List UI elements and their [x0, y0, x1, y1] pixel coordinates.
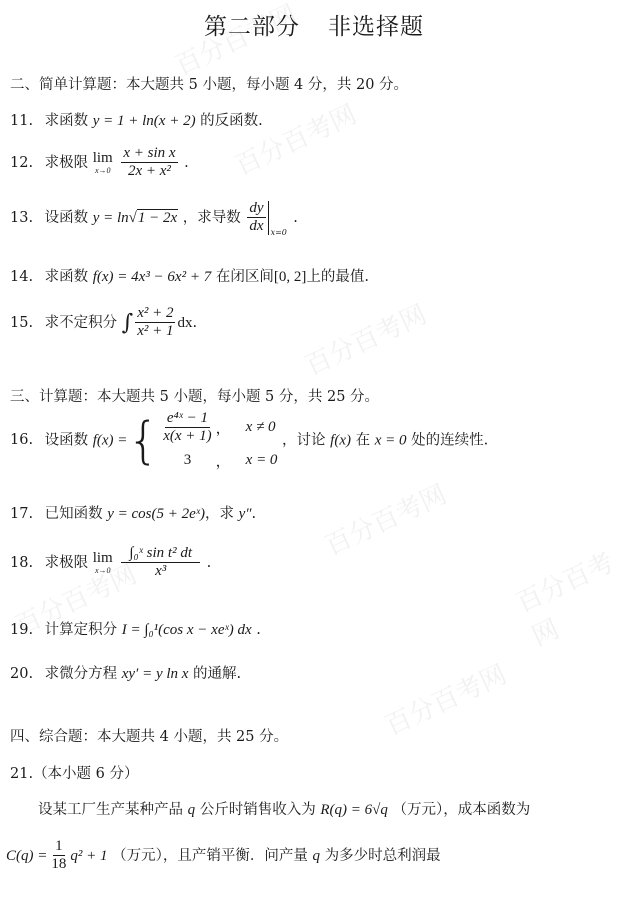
question-text: 设函数 — [45, 432, 89, 448]
question-text: 为多少时总利润最 — [325, 848, 441, 864]
question-15: 15. 求不定积分 ∫ x² + 2 x² + 1 dx. — [10, 305, 197, 341]
question-number: 19. — [10, 622, 40, 638]
question-number: 14. — [10, 269, 40, 285]
title-part: 第二部分 — [204, 14, 300, 40]
question-text: 在 — [356, 432, 371, 448]
question-text: . — [192, 315, 197, 331]
fraction: x² + 2 x² + 1 — [135, 305, 175, 341]
section-header-4: 四、综合题：本大题共 4 小题，共 25 分。 — [10, 725, 288, 746]
denominator: 18 — [49, 856, 68, 873]
question-text: . — [293, 210, 298, 226]
question-number: 13. — [10, 210, 40, 226]
math-expression: f(x) — [330, 432, 351, 448]
math-expression: y = 1 + ln(x + 2) — [93, 113, 196, 129]
integral-sign: ∫ — [122, 310, 133, 335]
question-text: 公斤时销售收入为 — [200, 802, 316, 818]
separator: ， — [216, 417, 246, 438]
question-text: 设函数 — [45, 210, 89, 226]
math-expression: q — [312, 848, 320, 864]
fraction: dy dx — [247, 200, 265, 236]
question-text: 已知函数 — [45, 506, 103, 522]
question-text: 求微分方程 — [45, 666, 118, 682]
math-expression: q² + 1 — [70, 848, 107, 864]
math-expression: y″ — [239, 506, 252, 522]
condition: x = 0 — [246, 452, 278, 469]
numerator: e⁴ˣ − 1 — [165, 410, 210, 428]
case-value: 3 — [159, 452, 215, 469]
question-number: 17. — [10, 506, 40, 522]
piecewise-cases: e⁴ˣ − 1 x(x + 1) ， x ≠ 0 3 ， x = 0 — [159, 410, 277, 471]
math-expression: q — [188, 802, 196, 818]
fraction: ∫₀ˣ sin t² dt x³ — [121, 545, 200, 581]
question-text: ，求 — [205, 506, 234, 522]
question-text: 计算定积分 — [45, 622, 118, 638]
question-12: 12. 求极限 lim x→0 x + sin x 2x + x² . — [10, 145, 189, 181]
differential: dx — [177, 315, 192, 331]
separator: ， — [216, 450, 246, 471]
question-number: 11. — [10, 113, 40, 129]
limit-operator: lim x→0 — [93, 150, 113, 175]
question-17: 17. 已知函数 y = cos(5 + 2eˣ)，求 y″. — [10, 502, 256, 523]
question-number: 16. — [10, 432, 40, 448]
math-expression: f(x) = 4x³ − 6x² + 7 — [93, 269, 212, 285]
sqrt-sign: √ — [129, 210, 137, 226]
question-text: 求函数 — [45, 269, 89, 285]
question-number: 20. — [10, 666, 40, 682]
question-text: 求函数 — [45, 113, 89, 129]
watermark: 百分百考网 — [509, 541, 628, 654]
question-13: 13. 设函数 y = ln√1 − 2x ，求导数 dy dx x=0 . — [10, 200, 298, 236]
left-brace: { — [127, 411, 159, 469]
watermark: 百分百考网 — [228, 94, 361, 182]
section-header-3: 三、计算题：本大题共 5 小题，每小题 5 分，共 25 分。 — [10, 385, 379, 406]
math-expression: xy′ = y ln x — [122, 666, 189, 682]
question-11: 11. 求函数 y = 1 + ln(x + 2) 的反函数. — [10, 109, 263, 130]
math-expression: f(x) = — [93, 432, 128, 448]
numerator: ∫₀ˣ sin t² dt — [121, 545, 200, 563]
question-text: 的反函数. — [200, 113, 263, 129]
question-text: ，讨论 — [282, 432, 326, 448]
question-text: . — [256, 622, 261, 638]
interval: [0, 2] — [274, 269, 307, 285]
question-16: 16. 设函数 f(x) ={ e⁴ˣ − 1 x(x + 1) ， x ≠ 0… — [10, 410, 488, 471]
question-text: 求极限 — [45, 155, 89, 171]
question-text: 求极限 — [45, 555, 89, 571]
question-19: 19. 计算定积分 I = ∫₀¹(cos x − xeˣ) dx . — [10, 618, 261, 639]
math-expression: y = ln — [93, 210, 129, 226]
numerator: x² + 2 — [135, 305, 175, 323]
watermark: 百分百考网 — [298, 294, 431, 382]
watermark: 百分百考网 — [378, 654, 511, 742]
evaluation-bar: x=0 — [268, 201, 289, 235]
radicand: 1 − 2x — [137, 209, 178, 226]
fraction: 1 18 — [49, 838, 68, 874]
denominator: x² + 1 — [135, 323, 175, 340]
section-header-2: 二、简单计算题：本大题共 5 小题，每小题 4 分，共 20 分。 — [10, 73, 408, 94]
question-20: 20. 求微分方程 xy′ = y ln x 的通解. — [10, 662, 241, 683]
question-text: . — [184, 155, 189, 171]
question-number: 15. — [10, 315, 40, 331]
question-text: 设某工厂生产某种产品 — [38, 802, 183, 818]
question-text: 的通解. — [193, 666, 241, 682]
numerator: x + sin x — [121, 145, 177, 163]
question-21-line-2: C(q) = 1 18 q² + 1 （万元），且产销平衡．问产量 q 为多少时… — [6, 838, 441, 874]
question-number: 18. — [10, 555, 40, 571]
question-text: （万元），成本函数为 — [392, 802, 530, 818]
question-text: 求不定积分 — [45, 315, 118, 331]
question-21-line-1: 设某工厂生产某种产品 q 公斤时销售收入为 R(q) = 6√q （万元），成本… — [38, 798, 530, 819]
question-14: 14. 求函数 f(x) = 4x³ − 6x² + 7 在闭区间[0, 2]上… — [10, 265, 369, 286]
question-number: 12. — [10, 155, 40, 171]
page-title: 第二部分非选择题 — [0, 8, 628, 41]
numerator: 1 — [53, 838, 65, 856]
limit-operator: lim x→0 — [93, 550, 113, 575]
fraction: e⁴ˣ − 1 x(x + 1) — [161, 410, 213, 446]
question-text: （万元），且产销平衡．问产量 — [112, 848, 308, 864]
condition: x ≠ 0 — [246, 419, 278, 436]
question-text: . — [207, 555, 212, 571]
math-expression: x = 0 — [375, 432, 407, 448]
question-text: 在闭区间 — [216, 269, 274, 285]
question-text: 处的连续性. — [411, 432, 488, 448]
eval-point: x=0 — [271, 228, 287, 237]
math-expression: I = ∫₀¹(cos x − xeˣ) dx — [122, 622, 252, 638]
limit-label: lim — [93, 550, 113, 567]
question-text: ，求导数 — [183, 210, 241, 226]
fraction: x + sin x 2x + x² — [121, 145, 177, 181]
limit-subscript: x→0 — [95, 167, 111, 175]
question-number: 21. — [10, 766, 33, 782]
question-text: . — [252, 506, 257, 522]
denominator: 2x + x² — [126, 163, 173, 180]
question-18: 18. 求极限 lim x→0 ∫₀ˣ sin t² dt x³ . — [10, 545, 211, 581]
denominator: x³ — [153, 563, 168, 580]
title-section: 非选择题 — [328, 14, 424, 40]
math-expression: y = cos(5 + 2eˣ) — [107, 506, 205, 522]
denominator: x(x + 1) — [161, 428, 213, 445]
question-points: （本小题 6 分） — [33, 766, 138, 782]
limit-subscript: x→0 — [95, 567, 111, 575]
math-expression: C(q) = — [6, 848, 47, 864]
denominator: dx — [247, 218, 265, 235]
numerator: dy — [247, 200, 265, 218]
question-21-header: 21.（本小题 6 分） — [10, 762, 139, 783]
limit-label: lim — [93, 150, 113, 167]
question-text: 上的最值. — [306, 269, 369, 285]
math-expression: R(q) = 6√q — [320, 802, 388, 818]
watermark: 百分百考网 — [318, 474, 451, 562]
